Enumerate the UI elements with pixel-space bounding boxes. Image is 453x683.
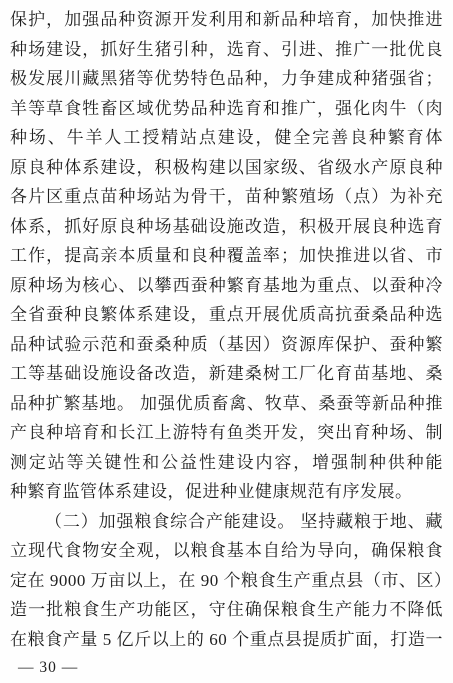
- text-line: 种场、牛羊人工授精站点建设，健全完善良种繁育体系；加强水产: [10, 123, 443, 153]
- text-line: 工等基础设施设备改造，新建桑树工厂化育苗基地、桑树品种园与: [10, 359, 443, 389]
- text-line: 全省蚕种良繁体系建设，重点开展优质高抗蚕桑品种选育、蚕桑新: [10, 300, 443, 330]
- text-line: 在粮食产量 5 亿斤以上的 60 个重点县提质扩面，打造一批产量稳: [10, 625, 443, 655]
- text-line: 极发展川藏黑猪等优势特色品种，力争建成种猪强省；不断加强牛: [10, 64, 443, 94]
- page-text: 保护，加强品种资源开发利用和新品种培育，加快推进生猪核心育种场建设，抓好生猪引种…: [10, 5, 443, 654]
- text-line: 原种场为核心、以攀西蚕种繁育基地为重点、以蚕种冷库为依托的: [10, 271, 443, 301]
- text-line: 种场建设，抓好生猪引种，选育、引进、推广一批优良生猪品种，积: [10, 35, 443, 65]
- text-line: 工作，提高亲本质量和良种覆盖率；加快推进以省、市（州）级蚕种: [10, 241, 443, 271]
- text-line: 各片区重点苗种场站为骨干，苗种繁殖场（点）为补充的水产种苗: [10, 182, 443, 212]
- text-line: 品种试验示范和蚕桑种质（基因）资源库保护、蚕种繁育及冷藏加: [10, 330, 443, 360]
- text-line: （二）加强粮食综合产能建设。 坚持藏粮于地、藏粮于技，树: [10, 507, 443, 537]
- document-page: 保护，加强品种资源开发利用和新品种培育，加快推进生猪核心育种场建设，抓好生猪引种…: [0, 0, 453, 683]
- text-line: 造一批粮食生产功能区，守住确保粮食生产能力不降低的底线。: [10, 595, 443, 625]
- text-line: 立现代食物安全观，以粮食基本自给为导向，确保粮食播种面积稳: [10, 536, 443, 566]
- text-line: 原良种体系建设，积极构建以国家级、省级水产原良种场为龙头，: [10, 153, 443, 183]
- text-line: 保护，加强品种资源开发利用和新品种培育，加快推进生猪核心育: [10, 5, 443, 35]
- text-line: 测定站等关键性和公益性建设内容，增强制种供种能力。 强化良: [10, 448, 443, 478]
- text-line: 定在 9000 万亩以上，在 90 个粮食生产重点县（市、区）集中连片打: [10, 566, 443, 596]
- text-line: 品种扩繁基地。 加强优质畜禽、牧草、桑蚕等新品种推广，加强水: [10, 389, 443, 419]
- text-line: 产良种培育和长江上游特有鱼类开发，突出育种场、制种场、性能: [10, 418, 443, 448]
- text-line: 体系，抓好原良种场基础设施改造，积极开展良种选育和亲本更新: [10, 212, 443, 242]
- text-line: 羊等草食牲畜区域优势品种选育和推广，强化肉牛（肉羊）核心育: [10, 94, 443, 124]
- text-line: 种繁育监管体系建设，促进种业健康规范有序发展。: [10, 477, 443, 507]
- page-number: — 30 —: [10, 656, 443, 680]
